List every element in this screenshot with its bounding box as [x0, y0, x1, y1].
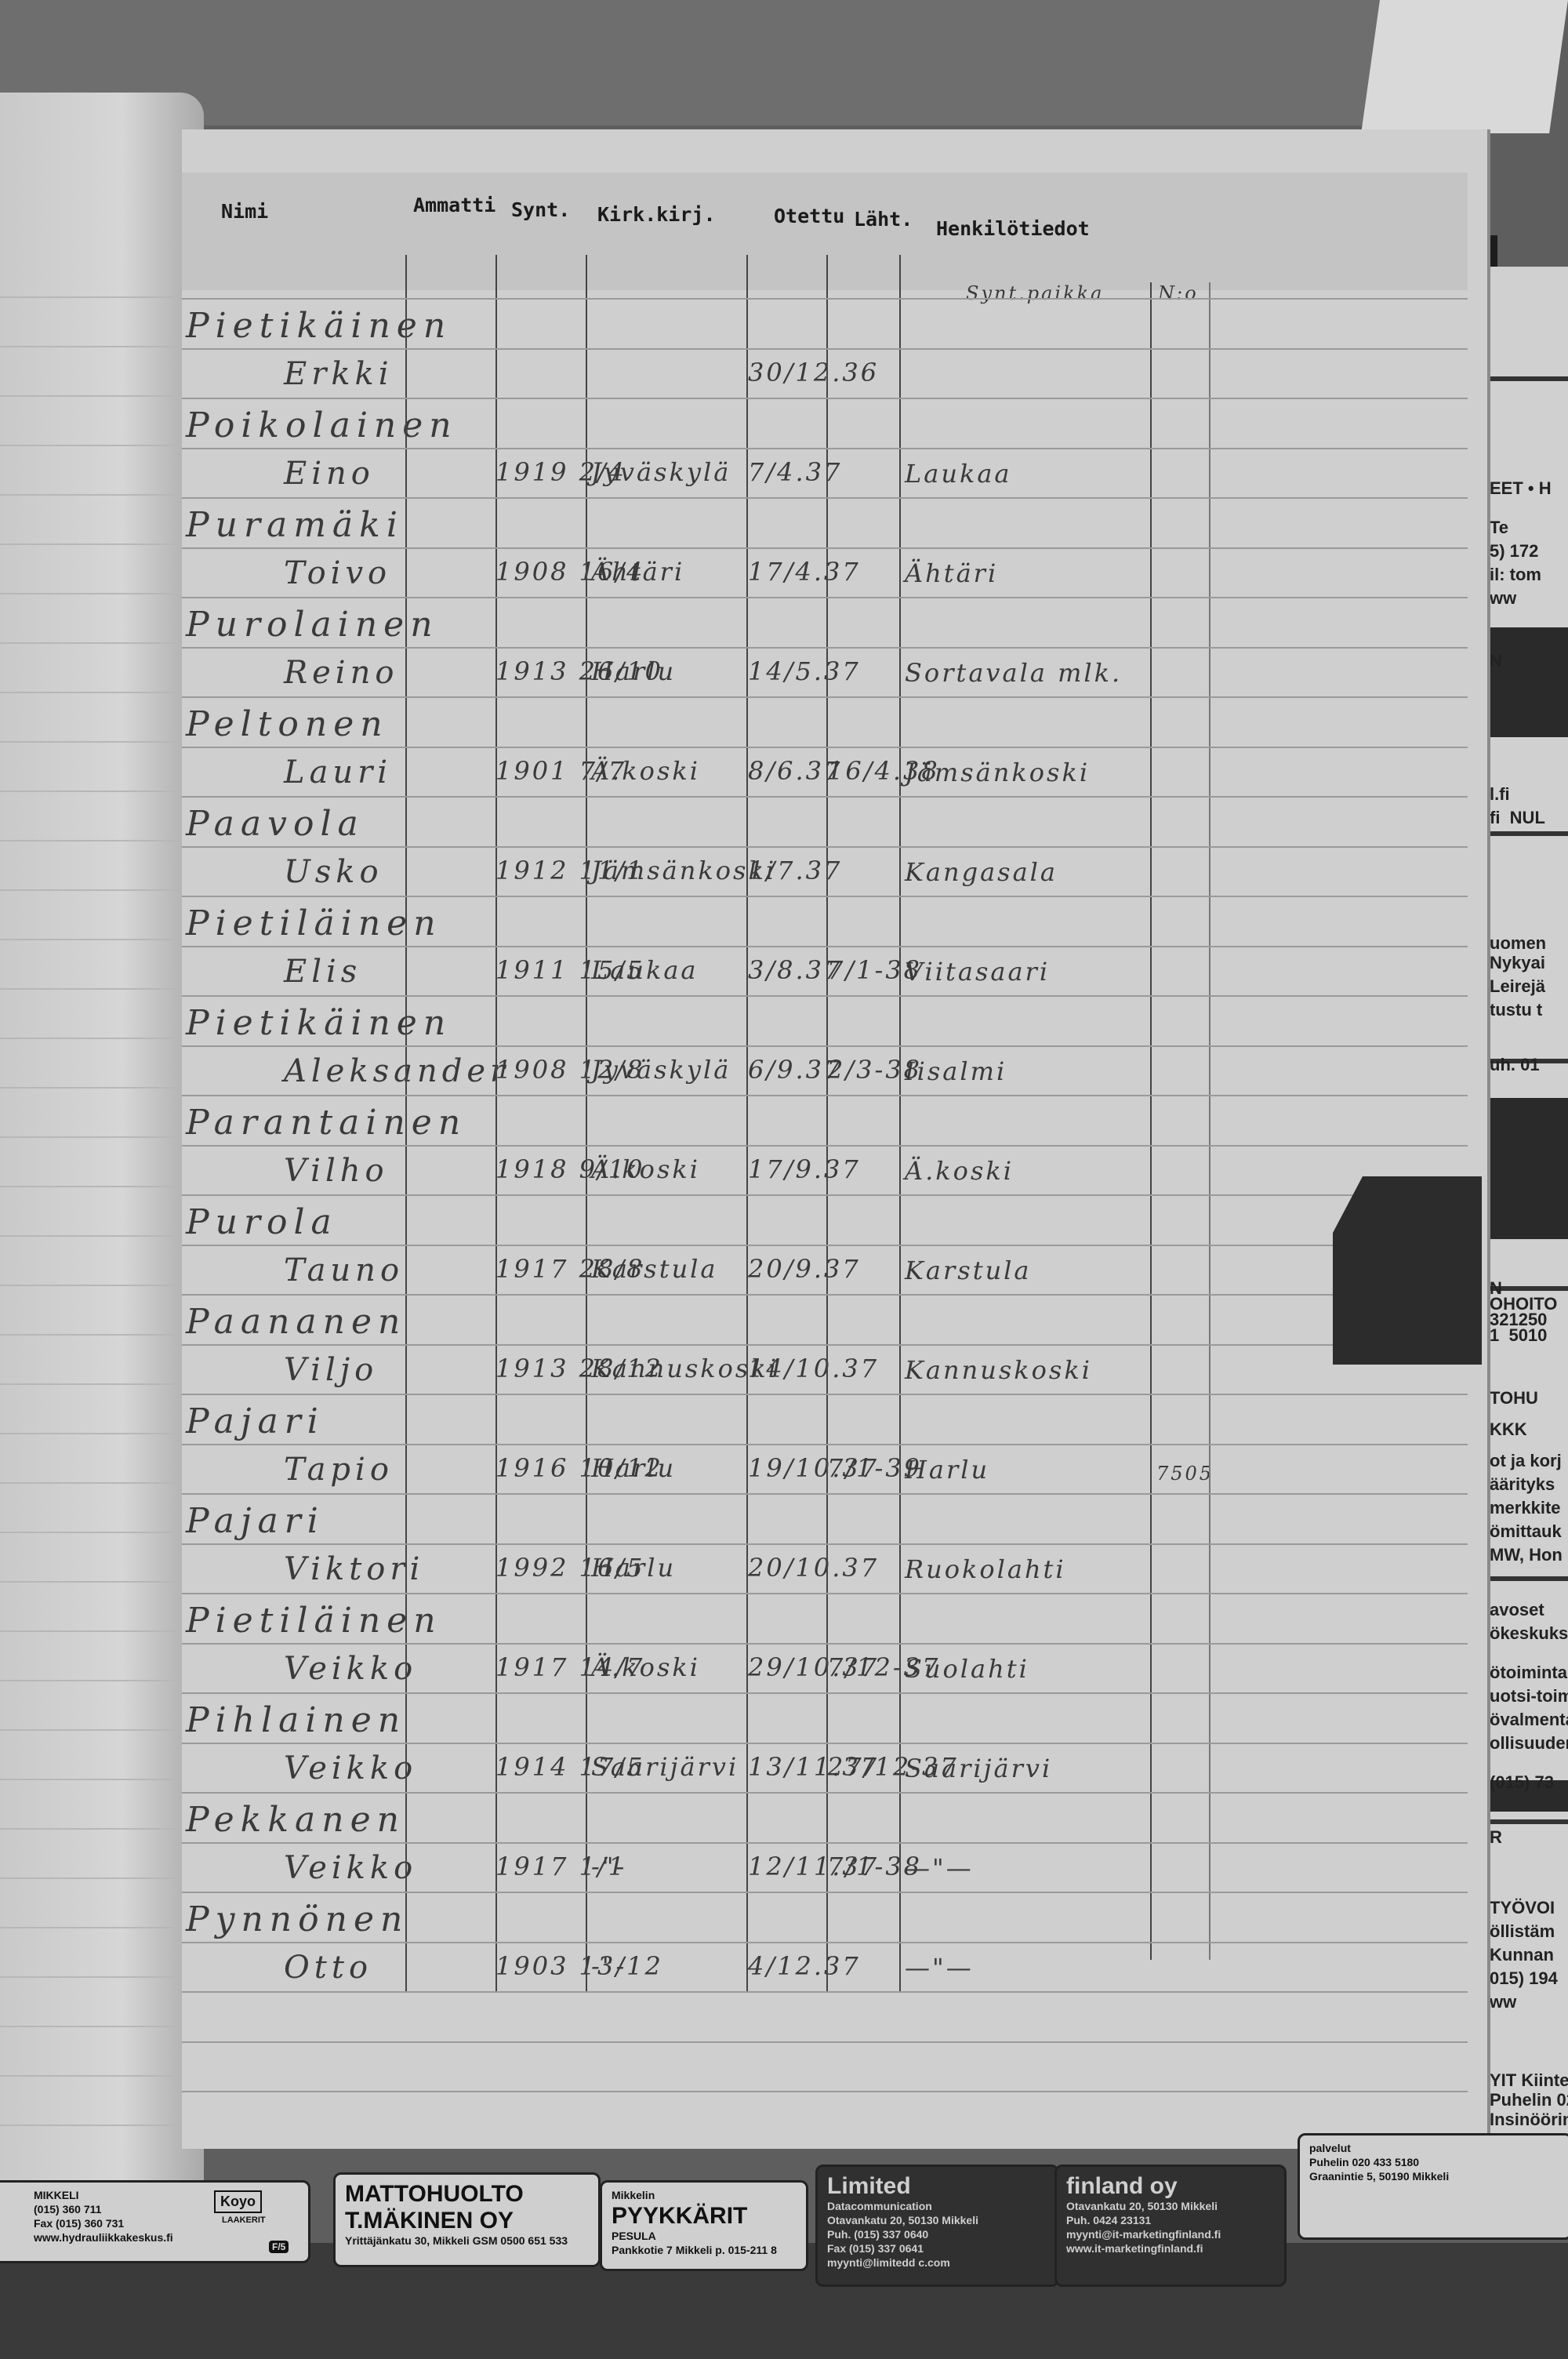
- row-rule: [182, 1792, 1468, 1794]
- newspaper-text: N: [1490, 651, 1568, 671]
- ad-text: PESULA: [612, 2230, 656, 2242]
- surname-cell: Poikolainen: [186, 405, 458, 445]
- left-page-rule: [0, 1779, 196, 1780]
- newspaper-text: KKK: [1490, 1419, 1568, 1440]
- parish-cell: Ä.koski: [591, 1154, 700, 1184]
- row-rule: [182, 995, 1468, 997]
- column-rule: [826, 255, 828, 1991]
- row-rule: [182, 1444, 1468, 1445]
- ad-text: Otavankatu 20, 50130 Mikkeli: [1066, 2200, 1218, 2212]
- given-name-cell: Vilho: [284, 1153, 389, 1189]
- newspaper-divider: [1490, 1819, 1568, 1824]
- left-page-rule: [0, 1877, 196, 1879]
- ad-text: T.MÄKINEN OY: [345, 2208, 514, 2234]
- row-rule: [182, 846, 1468, 848]
- ad-text: Puh. 0424 23131: [1066, 2214, 1151, 2226]
- birthplace-cell: Karstula: [905, 1256, 1031, 1285]
- parish-cell: Ä.koski: [591, 1652, 700, 1682]
- left-page-rule: [0, 543, 196, 545]
- birthplace-cell: Sortavala mlk.: [905, 658, 1122, 688]
- left-page-rule: [0, 1334, 196, 1336]
- left-page-rule: [0, 791, 196, 792]
- newspaper-text: TOHU: [1490, 1388, 1568, 1408]
- ad-text: myynti@limitedd c.com: [827, 2256, 950, 2269]
- newspaper-text: Puhelin 020: [1490, 2090, 1568, 2110]
- row-rule: [182, 1692, 1468, 1694]
- left-page-rule: [0, 1482, 196, 1484]
- taken-cell: 4/12.37: [748, 1951, 861, 1981]
- taken-cell: 20/10.37: [748, 1553, 879, 1583]
- ad-tag: F/5: [269, 2241, 289, 2253]
- newspaper-text: avoset: [1490, 1600, 1568, 1620]
- newspaper-text: 5) 172: [1490, 541, 1568, 562]
- ad-text: Graanintie 5, 50190 Mikkeli: [1309, 2170, 1449, 2183]
- birthplace-cell: Laukaa: [905, 459, 1011, 489]
- left-page-rule: [0, 1828, 196, 1830]
- torn-paper-fragment: [1333, 1176, 1482, 1365]
- surname-cell: Pietikäinen: [186, 1003, 452, 1043]
- surname-cell: Puramäki: [186, 505, 404, 545]
- newspaper-divider: [1490, 1576, 1568, 1581]
- taken-cell: 14/5.37: [748, 656, 861, 686]
- birthplace-cell: —"—: [905, 1853, 974, 1883]
- header-left: Läht.: [854, 208, 913, 231]
- ad-text: Mikkelin: [612, 2189, 655, 2201]
- left-page-rule: [0, 1235, 196, 1237]
- ad-text: Fax (015) 337 0641: [827, 2242, 924, 2255]
- left-page-rule: [0, 889, 196, 891]
- taken-cell: 17/4.37: [748, 557, 861, 587]
- left-page-rule: [0, 1186, 196, 1187]
- ad-text: Limited: [827, 2173, 911, 2200]
- surname-cell: Pietiläinen: [186, 903, 442, 943]
- parish-cell: -"-: [591, 1852, 626, 1881]
- given-name-cell: Veikko: [284, 1850, 417, 1886]
- given-name-cell: Reino: [284, 655, 398, 691]
- left-page-rule: [0, 2125, 196, 2126]
- newspaper-text: uomen: [1490, 933, 1568, 954]
- ad-text: MIKKELI: [34, 2189, 79, 2201]
- given-name-cell: Veikko: [284, 1750, 417, 1787]
- newspaper-text: (015) 73: [1490, 1772, 1568, 1793]
- taken-cell: 30/12.36: [748, 358, 879, 387]
- surname-cell: Purolainen: [186, 605, 439, 645]
- left-page-rule: [0, 1729, 196, 1731]
- surname-cell: Pajari: [186, 1401, 325, 1441]
- left-page-rule: [0, 1383, 196, 1385]
- ad-text: www.it-marketingfinland.fi: [1066, 2242, 1203, 2255]
- newspaper-text: fi NUL: [1490, 808, 1568, 828]
- parish-cell: Jyväskylä: [591, 457, 731, 487]
- advertisement: LimitedDatacommunicationOtavankatu 20, 5…: [815, 2165, 1059, 2287]
- newspaper-text: ww: [1490, 1992, 1568, 2012]
- left-page-rule: [0, 2026, 196, 2027]
- surname-cell: Peltonen: [186, 704, 389, 744]
- number-cell: 7505: [1156, 1463, 1214, 1485]
- row-rule: [182, 497, 1468, 499]
- parish-cell: Ähtäri: [591, 557, 684, 587]
- surname-cell: Pynnönen: [186, 1899, 408, 1939]
- birthplace-cell: Kannuskoski: [905, 1355, 1092, 1385]
- left-page-rule: [0, 840, 196, 841]
- column-rule: [495, 255, 497, 1991]
- row-rule: [182, 1194, 1468, 1196]
- birthplace-cell: Kangasala: [905, 857, 1058, 887]
- birthplace-cell: Harlu: [905, 1455, 989, 1485]
- brand-logo: Koyo: [214, 2190, 262, 2213]
- newspaper-text: 1 5010: [1490, 1325, 1568, 1346]
- row-rule: [182, 1892, 1468, 1893]
- row-rule: [182, 1245, 1468, 1246]
- newspaper-text: Kunnan: [1490, 1945, 1568, 1965]
- taken-cell: 14/10.37: [748, 1354, 879, 1383]
- column-rule: [405, 255, 407, 1991]
- parish-cell: Harlu: [591, 656, 676, 686]
- row-rule: [182, 348, 1468, 350]
- ad-text: myynti@it-marketingfinland.fi: [1066, 2228, 1221, 2241]
- row-rule: [182, 1593, 1468, 1594]
- birthplace-cell: Viitasaari: [905, 957, 1050, 987]
- row-rule: [182, 597, 1468, 598]
- ad-text: www.hydrauliikkakeskus.fi: [34, 2231, 173, 2244]
- subheader-number: N:o: [1158, 282, 1199, 304]
- ad-text: Pankkotie 7 Mikkeli p. 015-211 8: [612, 2244, 777, 2256]
- ad-text: Puh. (015) 337 0640: [827, 2228, 928, 2241]
- row-rule: [182, 1493, 1468, 1495]
- newspaper-text: äärityks: [1490, 1474, 1568, 1495]
- header-occupation: Ammatti: [413, 194, 495, 216]
- newspaper-text: TYÖVOI: [1490, 1898, 1568, 1918]
- header-strip: [182, 173, 1468, 290]
- given-name-cell: Elis: [284, 954, 361, 990]
- newspaper-divider: [1490, 376, 1568, 381]
- newspaper-text: EET • H: [1490, 478, 1568, 499]
- paper-sheet-background: [1361, 0, 1568, 133]
- left-page-rule: [0, 395, 196, 397]
- newspaper-text: Nykyai: [1490, 953, 1568, 973]
- row-rule: [182, 298, 1468, 300]
- left-page-rule: [0, 741, 196, 743]
- row-rule: [182, 896, 1468, 897]
- row-rule: [182, 1991, 1468, 1993]
- row-rule: [182, 647, 1468, 649]
- newspaper-text: merkkite: [1490, 1498, 1568, 1518]
- parish-cell: Laukaa: [591, 955, 698, 985]
- row-rule: [182, 1294, 1468, 1296]
- birthplace-cell: Ähtäri: [905, 558, 998, 588]
- newspaper-text: uh. 01: [1490, 1055, 1568, 1075]
- newspaper-text: ömittauk: [1490, 1521, 1568, 1542]
- given-name-cell: Eino: [284, 456, 375, 492]
- left-page-rule: [0, 1087, 196, 1089]
- given-name-cell: Aleksander: [284, 1053, 510, 1089]
- row-rule: [182, 398, 1468, 399]
- newspaper-photo: [1490, 627, 1568, 737]
- taken-cell: 1/7.37: [748, 856, 842, 885]
- row-rule: [182, 1942, 1468, 1943]
- ad-text: Otavankatu 20, 50130 Mikkeli: [827, 2214, 978, 2226]
- surname-cell: Pekkanen: [186, 1800, 405, 1840]
- row-rule: [182, 1743, 1468, 1744]
- parish-cell: Harlu: [591, 1553, 676, 1583]
- left-page-rule: [0, 494, 196, 496]
- ledger-page: Nimi Ammatti Synt. Kirk.kirj. Otettu Läh…: [182, 129, 1487, 2149]
- column-rule: [586, 255, 587, 1991]
- advertisement: MikkelinPYYKKÄRITPESULAPankkotie 7 Mikke…: [600, 2180, 808, 2271]
- newspaper-text: 015) 194: [1490, 1968, 1568, 1989]
- ad-text: finland oy: [1066, 2173, 1178, 2200]
- row-rule: [182, 547, 1468, 549]
- taken-cell: 20/9.37: [748, 1254, 861, 1284]
- newspaper-text: ötoiminta: [1490, 1663, 1568, 1683]
- column-rule: [1150, 282, 1152, 1960]
- brand-subtitle: LAAKERIT: [222, 2215, 266, 2225]
- row-rule: [182, 1145, 1468, 1147]
- given-name-cell: Erkki: [284, 356, 394, 392]
- newspaper-text: R: [1490, 1827, 1568, 1848]
- ad-text: palvelut: [1309, 2142, 1351, 2154]
- surname-cell: Parantainen: [186, 1103, 466, 1143]
- row-rule: [182, 747, 1468, 748]
- birthplace-cell: Suolahti: [905, 1654, 1029, 1684]
- newspaper-text: övalmenta: [1490, 1710, 1568, 1730]
- given-name-cell: Tauno: [284, 1252, 404, 1289]
- given-name-cell: Usko: [284, 854, 383, 890]
- row-rule: [182, 1045, 1468, 1047]
- left-page-rule: [0, 692, 196, 693]
- left-page-rule: [0, 1038, 196, 1039]
- birthplace-cell: Iisalmi: [905, 1056, 1007, 1086]
- surname-cell: Purola: [186, 1202, 338, 1242]
- newspaper-text: MW, Hon: [1490, 1545, 1568, 1565]
- ad-text: Datacommunication: [827, 2200, 932, 2212]
- given-name-cell: Lauri: [284, 754, 392, 791]
- ad-text: (015) 360 711: [34, 2203, 101, 2215]
- newspaper-text: YIT Kiintei: [1490, 2070, 1568, 2091]
- parish-cell: Jyväskylä: [591, 1055, 731, 1085]
- parish-cell: Ä.koski: [591, 756, 700, 786]
- birthplace-cell: Saarijärvi: [905, 1754, 1052, 1783]
- birthplace-cell: —"—: [905, 1953, 974, 1983]
- newspaper-text: Leirejä: [1490, 976, 1568, 997]
- left-page-rule: [0, 593, 196, 594]
- left-page-rule: [0, 1630, 196, 1632]
- ad-text: Fax (015) 360 731: [34, 2217, 124, 2230]
- newspaper-text: ollisuuden: [1490, 1733, 1568, 1754]
- row-rule: [182, 1643, 1468, 1645]
- newspaper-text: ww: [1490, 588, 1568, 609]
- left-page-rule: [0, 1136, 196, 1138]
- bottom-ads: MIKKELI(015) 360 711Fax (015) 360 731www…: [0, 2165, 1568, 2290]
- given-name-cell: Veikko: [284, 1651, 417, 1687]
- newspaper-text: Te: [1490, 518, 1568, 538]
- newspaper-text: ot ja korj: [1490, 1451, 1568, 1471]
- desk-surface: [0, 0, 1435, 125]
- newspaper-text: l.fi: [1490, 784, 1568, 805]
- left-page-rule: [0, 1581, 196, 1583]
- row-rule: [182, 1842, 1468, 1844]
- birthplace-cell: Ruokolahti: [905, 1554, 1066, 1584]
- newspaper-divider: [1490, 831, 1568, 836]
- parish-cell: Saarijärvi: [591, 1752, 739, 1782]
- left-page-rule: [0, 1285, 196, 1286]
- taken-cell: 17/9.37: [748, 1154, 861, 1184]
- birthplace-cell: Jämsänkoski: [905, 758, 1090, 787]
- surname-cell: Pietiläinen: [186, 1601, 442, 1641]
- row-rule: [182, 1095, 1468, 1096]
- newspaper-text: il: tom: [1490, 565, 1568, 585]
- column-rule: [1209, 282, 1210, 1960]
- given-name-cell: Tapio: [284, 1452, 394, 1488]
- surname-cell: Pietikäinen: [186, 306, 452, 346]
- surname-cell: Paananen: [186, 1302, 406, 1342]
- header-personal-info: Henkilötiedot: [936, 217, 1090, 240]
- surname-cell: Pihlainen: [186, 1700, 406, 1740]
- row-rule: [182, 696, 1468, 698]
- newspaper-text: ökeskuks: [1490, 1623, 1568, 1644]
- left-page: [0, 93, 204, 2218]
- row-rule: [182, 796, 1468, 798]
- header-name: Nimi: [221, 200, 268, 223]
- taken-cell: 7/4.37: [748, 457, 842, 487]
- left-page-rule: [0, 445, 196, 446]
- left-page-rule: [0, 2075, 196, 2077]
- row-rule: [182, 1394, 1468, 1395]
- birthplace-cell: Ä.koski: [905, 1156, 1014, 1186]
- left-page-rule: [0, 1976, 196, 1978]
- surname-cell: Pajari: [186, 1501, 325, 1541]
- ad-text: Puhelin 020 433 5180: [1309, 2156, 1419, 2168]
- left-page-rule: [0, 1927, 196, 1928]
- ad-text: PYYKKÄRIT: [612, 2203, 747, 2230]
- given-name-cell: Otto: [284, 1950, 372, 1986]
- given-name-cell: Viktori: [284, 1551, 424, 1587]
- newspaper-text: uotsi-toimi: [1490, 1686, 1568, 1707]
- newspaper-photo: [1490, 1098, 1568, 1239]
- newspaper-text: tustu t: [1490, 1000, 1568, 1020]
- row-rule: [182, 448, 1468, 449]
- header-taken: Otettu: [774, 205, 844, 227]
- subheader-birthplace: Synt.paikka: [966, 282, 1104, 304]
- newspaper-text: öllistäm: [1490, 1921, 1568, 1942]
- column-rule: [899, 255, 901, 1991]
- born-cell: 1903 13/12: [495, 1951, 663, 1981]
- ad-text: MATTOHUOLTO: [345, 2181, 524, 2208]
- left-page-rule: [0, 939, 196, 940]
- header-born: Synt.: [511, 198, 570, 221]
- surname-cell: Paavola: [186, 804, 365, 844]
- given-name-cell: Toivo: [284, 555, 391, 591]
- row-rule: [182, 946, 1468, 947]
- parish-cell: -"-: [591, 1951, 626, 1981]
- left-page-rule: [0, 1680, 196, 1681]
- header-parish: Kirk.kirj.: [597, 203, 716, 226]
- advertisement: MATTOHUOLTOT.MÄKINEN OYYrittäjänkatu 30,…: [333, 2172, 601, 2267]
- row-rule: [182, 2091, 1468, 2092]
- advertisement: finland oyOtavankatu 20, 50130 MikkeliPu…: [1054, 2165, 1287, 2287]
- advertisement: palvelutPuhelin 020 433 5180Graanintie 5…: [1298, 2133, 1568, 2240]
- parish-cell: Karstula: [591, 1254, 717, 1284]
- ad-text: Yrittäjänkatu 30, Mikkeli GSM 0500 651 5…: [345, 2234, 568, 2247]
- left-page-rule: [0, 988, 196, 990]
- row-rule: [182, 1543, 1468, 1545]
- row-rule: [182, 2041, 1468, 2043]
- left-page-rule: [0, 1532, 196, 1533]
- left-page-rule: [0, 296, 196, 298]
- advertisement: MIKKELI(015) 360 711Fax (015) 360 731www…: [0, 2180, 310, 2263]
- left-page-rule: [0, 642, 196, 644]
- left-page-rule: [0, 1433, 196, 1434]
- given-name-cell: Viljo: [284, 1352, 378, 1388]
- left-page-rule: [0, 346, 196, 347]
- column-rule: [746, 255, 748, 1991]
- newspaper-text: Insinöörink: [1490, 2110, 1568, 2130]
- row-rule: [182, 1344, 1468, 1346]
- newspaper-strip: EET • HTe5) 172il: tomwwNl.fifi NULuomen…: [1490, 267, 1568, 2204]
- parish-cell: Harlu: [591, 1453, 676, 1483]
